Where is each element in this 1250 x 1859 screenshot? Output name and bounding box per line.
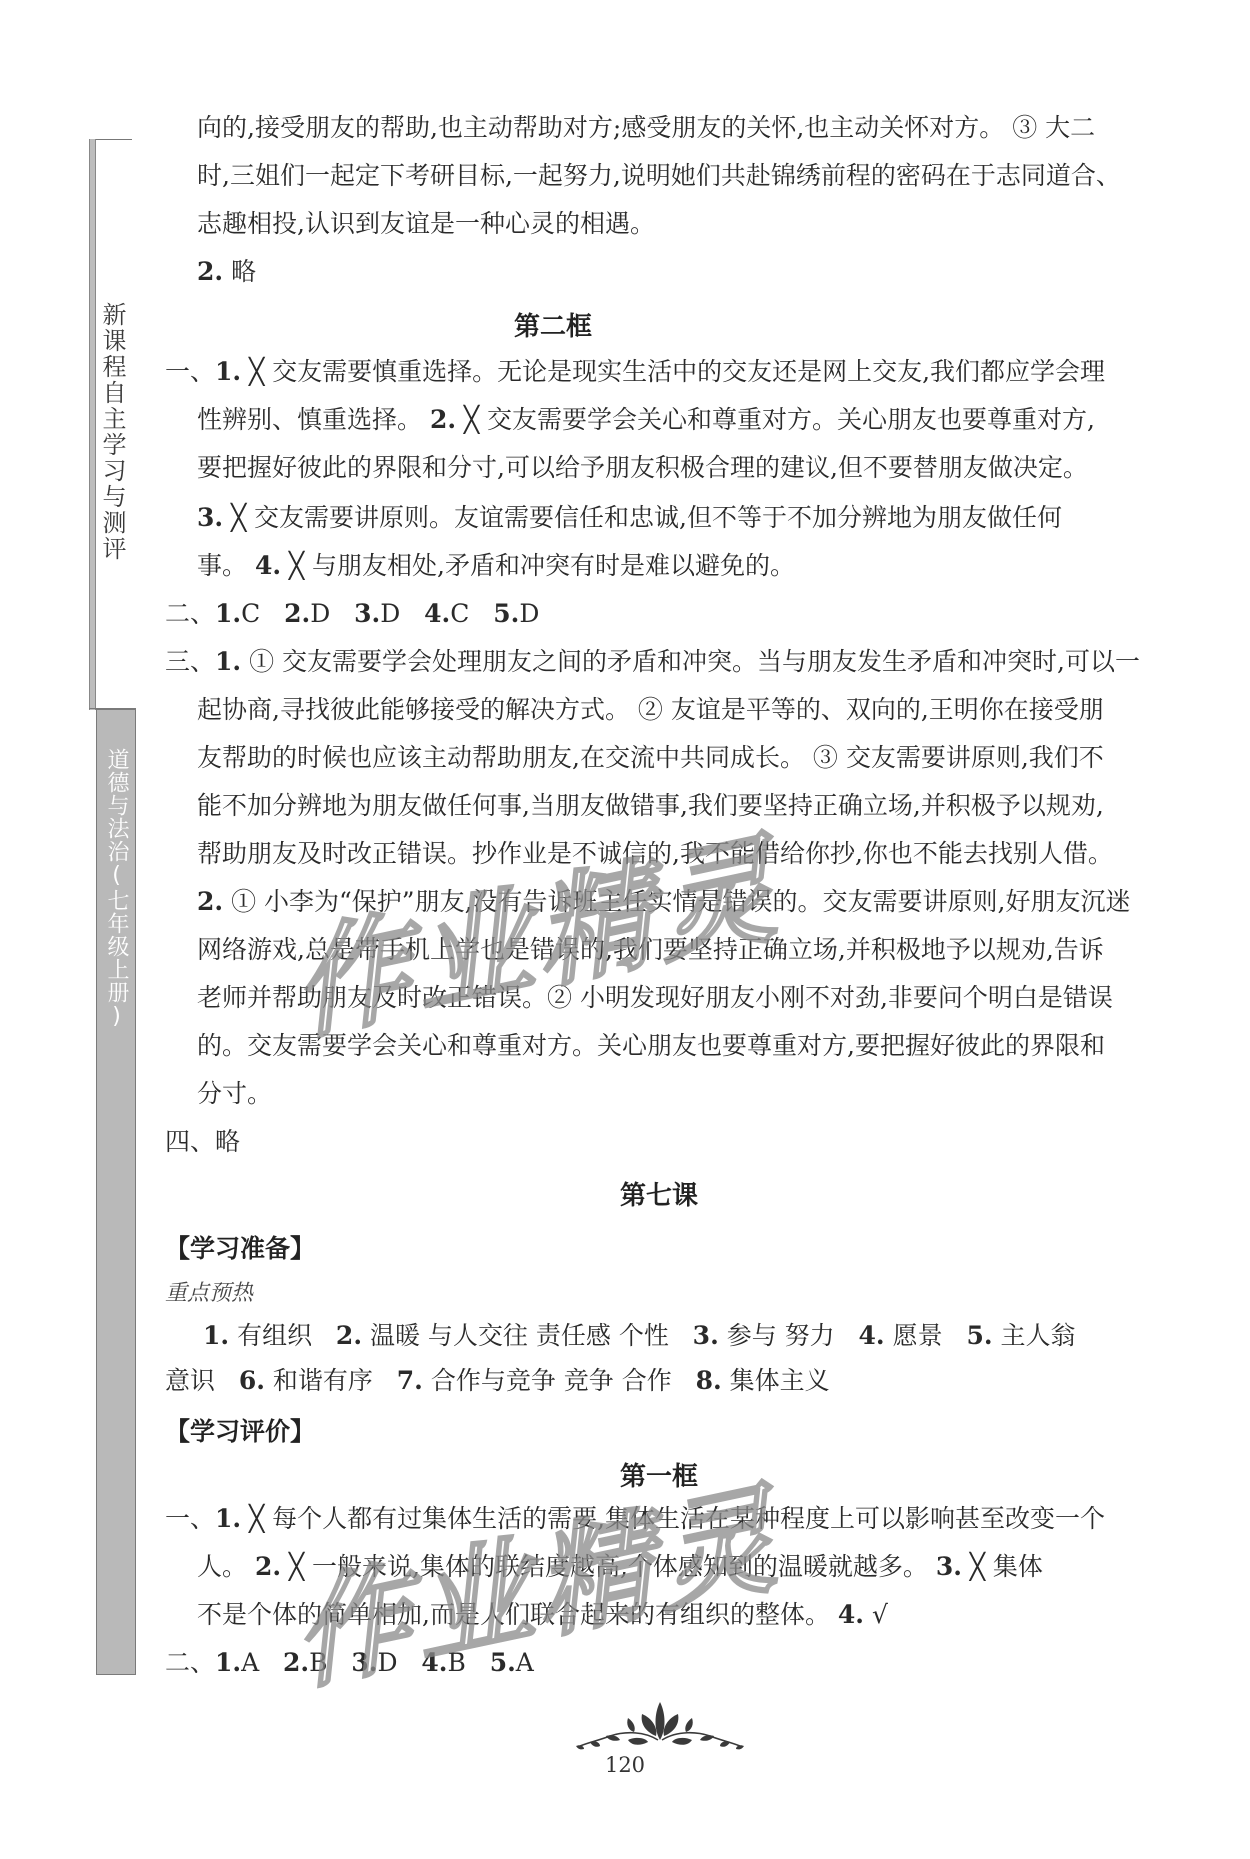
part-prefix: 二、	[165, 599, 215, 628]
part3-q2-line-1: 2. ① 小李为“保护”朋友,没有告诉班主任实情是错误的。交友需要讲原则,好朋友…	[197, 887, 1130, 917]
part1-line-2: 性辨别、慎重选择。 2. ╳ 交友需要学会关心和尊重对方。关心朋友也要尊重对方,	[197, 405, 1095, 435]
continuation-line-1: 向的,接受朋友的帮助,也主动帮助对方;感受朋友的关怀,也主动关怀对方。 ③ 大二	[197, 113, 1095, 143]
preview-line-2: 意识 6. 和谐有序 7. 合作与竞争 竞争 合作 8. 集体主义	[165, 1366, 830, 1396]
continuation-item-2: 2. 略	[197, 257, 256, 287]
item-number: 4.	[859, 1321, 885, 1350]
item-number: 1.	[203, 1321, 229, 1350]
part4-line: 四、略	[165, 1127, 240, 1157]
item-text: ╳ 交友需要学会关心和尊重对方。关心朋友也要尊重对方,	[464, 405, 1095, 434]
answer-text: 参与 努力	[727, 1321, 835, 1350]
spine-top-rule	[90, 139, 132, 140]
eval-part1-line-2: 人。 2. ╳ 一般来说,集体的联结度越高,个体感知到的温暖就越多。 3. ╳ …	[197, 1552, 1043, 1582]
watermark-upper: 作业精灵	[296, 785, 800, 1066]
lesson-title: 第七课	[620, 1175, 698, 1212]
part-prefix: 一、	[165, 357, 215, 386]
answer-text: 和谐有序	[273, 1366, 373, 1395]
part3-q2-line-3: 老师并帮助朋友及时改正错误。② 小明发现好朋友小刚不对劲,非要问个明白是错误	[197, 983, 1113, 1013]
item-text: 人。	[197, 1552, 255, 1581]
item-number: 5.	[490, 1648, 516, 1677]
part1-line-1: 一、1. ╳ 交友需要慎重选择。无论是现实生活中的交友还是网上交友,我们都应学会…	[165, 357, 1105, 387]
item-text: ╳ 与朋友相处,矛盾和冲突有时是难以避免的。	[289, 551, 795, 580]
part3-q1-line-2: 起协商,寻找彼此能够接受的解决方式。 ② 友谊是平等的、双向的,王明你在接受朋	[197, 695, 1104, 725]
answer-choice: B	[309, 1648, 327, 1677]
part1-line-4: 3. ╳ 交友需要讲原则。友谊需要信任和忠诚,但不等于不加分辨地为朋友做任何	[197, 503, 1062, 533]
item-text: 不是个体的简单相加,而是人们联合起来的有组织的整体。	[197, 1600, 838, 1629]
item-number: 2.	[197, 257, 223, 286]
part-prefix: 三、	[165, 647, 215, 676]
part-prefix: 四、	[165, 1127, 215, 1156]
part1-line-5: 事。 4. ╳ 与朋友相处,矛盾和冲突有时是难以避免的。	[197, 551, 795, 581]
item-text: ╳ 交友需要慎重选择。无论是现实生活中的交友还是网上交友,我们都应学会理	[249, 357, 1105, 386]
spine-subject-title: 道德与法治(七年级上册)	[100, 748, 132, 1030]
item-text: ╳ 一般来说,集体的联结度越高,个体感知到的温暖就越多。	[289, 1552, 936, 1581]
answer-text: 集体主义	[730, 1366, 830, 1395]
eval-part2-answers: 二、1.A 2.B 3.D 4.B 5.A	[165, 1648, 534, 1678]
item-number: 3.	[354, 599, 380, 628]
item-text: 性辨别、慎重选择。	[197, 405, 430, 434]
item-text: 略	[231, 257, 256, 286]
item-text: ① 小李为“保护”朋友,没有告诉班主任实情是错误的。交友需要讲原则,好朋友沉迷	[231, 887, 1130, 916]
item-number: 4.	[255, 551, 281, 580]
answer-text: 温暖 与人交往 责任感 个性	[370, 1321, 669, 1350]
item-text: ╳ 每个人都有过集体生活的需要,集体生活在某种程度上可以影响甚至改变一个	[249, 1504, 1105, 1533]
part3-q1-line-4: 能不加分辨地为朋友做任何事,当朋友做错事,我们要坚持正确立场,并积极予以规劝,	[197, 791, 1104, 821]
item-number: 3.	[936, 1552, 962, 1581]
item-number: 7.	[397, 1366, 423, 1395]
leaf-ornament-icon	[572, 1700, 748, 1760]
item-number: 1.	[215, 1648, 241, 1677]
item-number: 2.	[284, 599, 310, 628]
section-title-first-frame: 第一框	[620, 1456, 698, 1493]
item-number: 1.	[215, 357, 241, 386]
part-prefix: 二、	[165, 1648, 215, 1677]
answer-choice: A	[516, 1648, 534, 1677]
item-number: 1.	[215, 647, 241, 676]
item-number: 4.	[838, 1600, 864, 1629]
item-number: 4.	[421, 1648, 447, 1677]
part3-q1-line-3: 友帮助的时候也应该主动帮助朋友,在交流中共同成长。 ③ 交友需要讲原则,我们不	[197, 743, 1104, 773]
item-text: 略	[215, 1127, 240, 1156]
item-text: ① 交友需要学会处理朋友之间的矛盾和冲突。当与朋友发生矛盾和冲突时,可以一	[249, 647, 1140, 676]
part1-line-3: 要把握好彼此的界限和分寸,可以给予朋友积极合理的建议,但不要替朋友做决定。	[197, 453, 1088, 483]
part-prefix: 一、	[165, 1504, 215, 1533]
item-number: 2.	[255, 1552, 281, 1581]
answer-choice: D	[519, 599, 539, 628]
item-number: 3.	[197, 503, 223, 532]
item-number: 5.	[493, 599, 519, 628]
part2-answers: 二、1.C 2.D 3.D 4.C 5.D	[165, 599, 539, 629]
answer-text: 有组织	[237, 1321, 312, 1350]
answer-choice: B	[447, 1648, 465, 1677]
answer-text: 愿景	[893, 1321, 943, 1350]
eval-part1-line-1: 一、1. ╳ 每个人都有过集体生活的需要,集体生活在某种程度上可以影响甚至改变一…	[165, 1504, 1105, 1534]
item-number: 4.	[424, 599, 450, 628]
study-prep-heading: 【学习准备】	[165, 1229, 315, 1265]
answer-choice: A	[241, 1648, 259, 1677]
continuation-line-2: 时,三姐们一起定下考研目标,一起努力,说明她们共赴锦绣前程的密码在于志同道合、	[197, 161, 1121, 191]
part3-q2-line-2: 网络游戏,总是带手机上学也是错误的,我们要坚持正确立场,并积极地予以规劝,告诉	[197, 935, 1104, 965]
answer-choice: D	[310, 599, 330, 628]
item-number: 3.	[693, 1321, 719, 1350]
part3-q2-line-4: 的。交友需要学会关心和尊重对方。关心朋友也要尊重对方,要把握好彼此的界限和	[197, 1031, 1105, 1061]
item-text: √	[872, 1600, 888, 1629]
answer-text: 意识	[165, 1366, 215, 1395]
item-text: ╳ 交友需要讲原则。友谊需要信任和忠诚,但不等于不加分辨地为朋友做任何	[231, 503, 1062, 532]
part3-q1-line-5: 帮助朋友及时改正错误。抄作业是不诚信的,我不能借给你抄,你也不能去找别人借。	[197, 839, 1113, 869]
part3-q2-line-5: 分寸。	[197, 1079, 272, 1109]
item-number: 2.	[430, 405, 456, 434]
section-title-second-frame: 第二框	[514, 306, 592, 343]
item-number: 6.	[239, 1366, 265, 1395]
answer-choice: C	[450, 599, 469, 628]
preview-line-1: 1. 有组织 2. 温暖 与人交往 责任感 个性 3. 参与 努力 4. 愿景 …	[203, 1321, 1076, 1351]
answer-choice: D	[380, 599, 400, 628]
answer-text: 主人翁	[1001, 1321, 1076, 1350]
key-preview-subheading: 重点预热	[165, 1276, 253, 1307]
item-number: 2.	[336, 1321, 362, 1350]
item-number: 3.	[351, 1648, 377, 1677]
item-number: 5.	[966, 1321, 992, 1350]
eval-part1-line-3: 不是个体的简单相加,而是人们联合起来的有组织的整体。 4. √	[197, 1600, 888, 1630]
page-number: 120	[0, 1753, 1250, 1777]
item-number: 1.	[215, 599, 241, 628]
item-number: 2.	[283, 1648, 309, 1677]
answer-choice: C	[241, 599, 260, 628]
item-text: ╳ 集体	[970, 1552, 1043, 1581]
continuation-line-3: 志趣相投,认识到友谊是一种心灵的相遇。	[197, 209, 655, 239]
spine-series-title: 新课程自主学习与测评	[100, 302, 130, 562]
answer-text: 合作与竞争 竞争 合作	[431, 1366, 672, 1395]
item-number: 8.	[696, 1366, 722, 1395]
study-eval-heading: 【学习评价】	[165, 1412, 315, 1448]
item-number: 1.	[215, 1504, 241, 1533]
part3-q1-line-1: 三、1. ① 交友需要学会处理朋友之间的矛盾和冲突。当与朋友发生矛盾和冲突时,可…	[165, 647, 1140, 677]
item-number: 2.	[197, 887, 223, 916]
item-text: 事。	[197, 551, 255, 580]
answer-choice: D	[377, 1648, 397, 1677]
